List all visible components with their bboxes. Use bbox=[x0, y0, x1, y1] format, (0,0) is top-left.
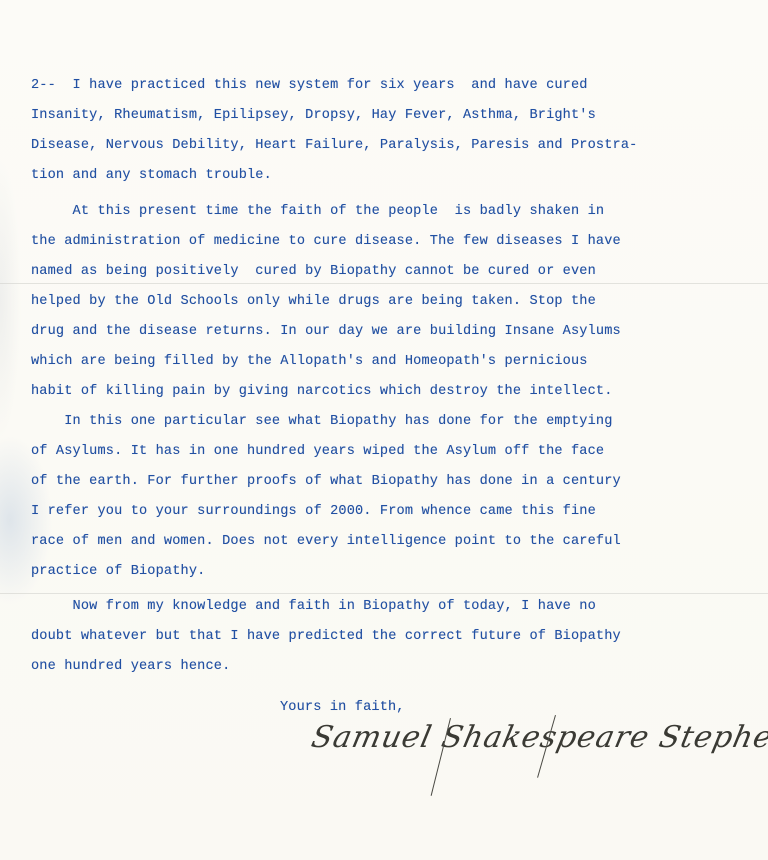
text-line: doubt whatever but that I have predicted… bbox=[31, 628, 621, 646]
text-line: Now from my knowledge and faith in Biopa… bbox=[31, 598, 596, 616]
text-line: In this one particular see what Biopathy… bbox=[31, 413, 613, 431]
text-line: one hundred years hence. bbox=[31, 658, 230, 676]
text-line: helped by the Old Schools only while dru… bbox=[31, 293, 596, 311]
text-line: race of men and women. Does not every in… bbox=[31, 533, 621, 551]
handwritten-signature: Samuel Shakespeare Stephenson M.D. bbox=[308, 720, 768, 755]
text-line: of the earth. For further proofs of what… bbox=[31, 473, 621, 491]
text-line: Disease, Nervous Debility, Heart Failure… bbox=[31, 137, 637, 155]
closing-salutation: Yours in faith, bbox=[280, 699, 405, 717]
text-line: 2-- I have practiced this new system for… bbox=[31, 77, 588, 95]
text-line: I refer you to your surroundings of 2000… bbox=[31, 503, 596, 521]
text-line: habit of killing pain by giving narcotic… bbox=[31, 383, 613, 401]
paper-fold-line bbox=[0, 593, 768, 594]
text-line: drug and the disease returns. In our day… bbox=[31, 323, 621, 341]
text-line: named as being positively cured by Biopa… bbox=[31, 263, 596, 281]
text-line: At this present time the faith of the pe… bbox=[31, 203, 604, 221]
text-line: Insanity, Rheumatism, Epilipsey, Dropsy,… bbox=[31, 107, 596, 125]
text-line: the administration of medicine to cure d… bbox=[31, 233, 621, 251]
text-line: of Asylums. It has in one hundred years … bbox=[31, 443, 604, 461]
text-line: tion and any stomach trouble. bbox=[31, 167, 272, 185]
paper-fold-line bbox=[0, 283, 768, 284]
letter-page: 2-- I have practiced this new system for… bbox=[0, 0, 768, 860]
text-line: which are being filled by the Allopath's… bbox=[31, 353, 588, 371]
text-line: practice of Biopathy. bbox=[31, 563, 205, 581]
